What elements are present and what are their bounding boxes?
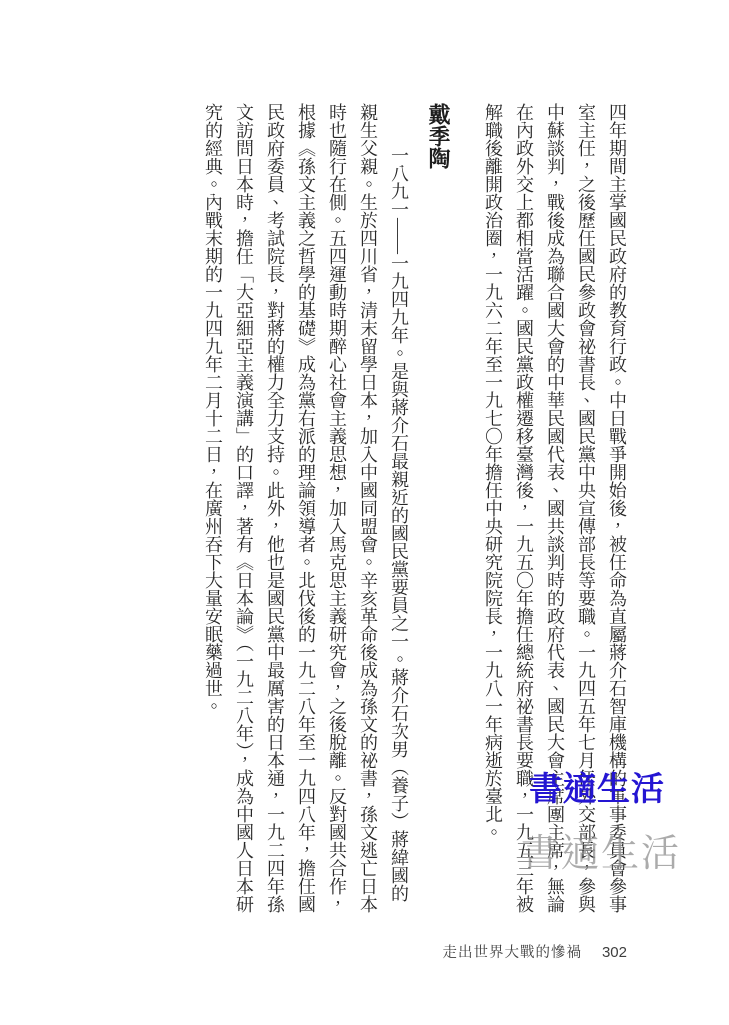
main-text-block: 四年期間主掌國民政府的教育行政。中日戰爭開始後，被任命為直屬蔣介石智庫機構的軍事… <box>197 103 632 913</box>
running-title: 走出世界大戰的慘禍 <box>442 941 582 962</box>
paragraph-continuation: 四年期間主掌國民政府的教育行政。中日戰爭開始後，被任命為直屬蔣介石智庫機構的軍事… <box>477 103 632 913</box>
biography-paragraph: 一八九一——一九四九年。是與蔣介石最親近的國民黨要員之一。蔣介石次男（養子）蔣緯… <box>197 103 414 913</box>
section-heading-dai-jitao: 戴季陶 <box>420 103 456 913</box>
page-footer: 走出世界大戰的慘禍 302 <box>442 941 627 962</box>
page-number: 302 <box>602 944 627 961</box>
book-page: 四年期間主掌國民政府的教育行政。中日戰爭開始後，被任命為直屬蔣介石智庫機構的軍事… <box>0 0 729 1025</box>
